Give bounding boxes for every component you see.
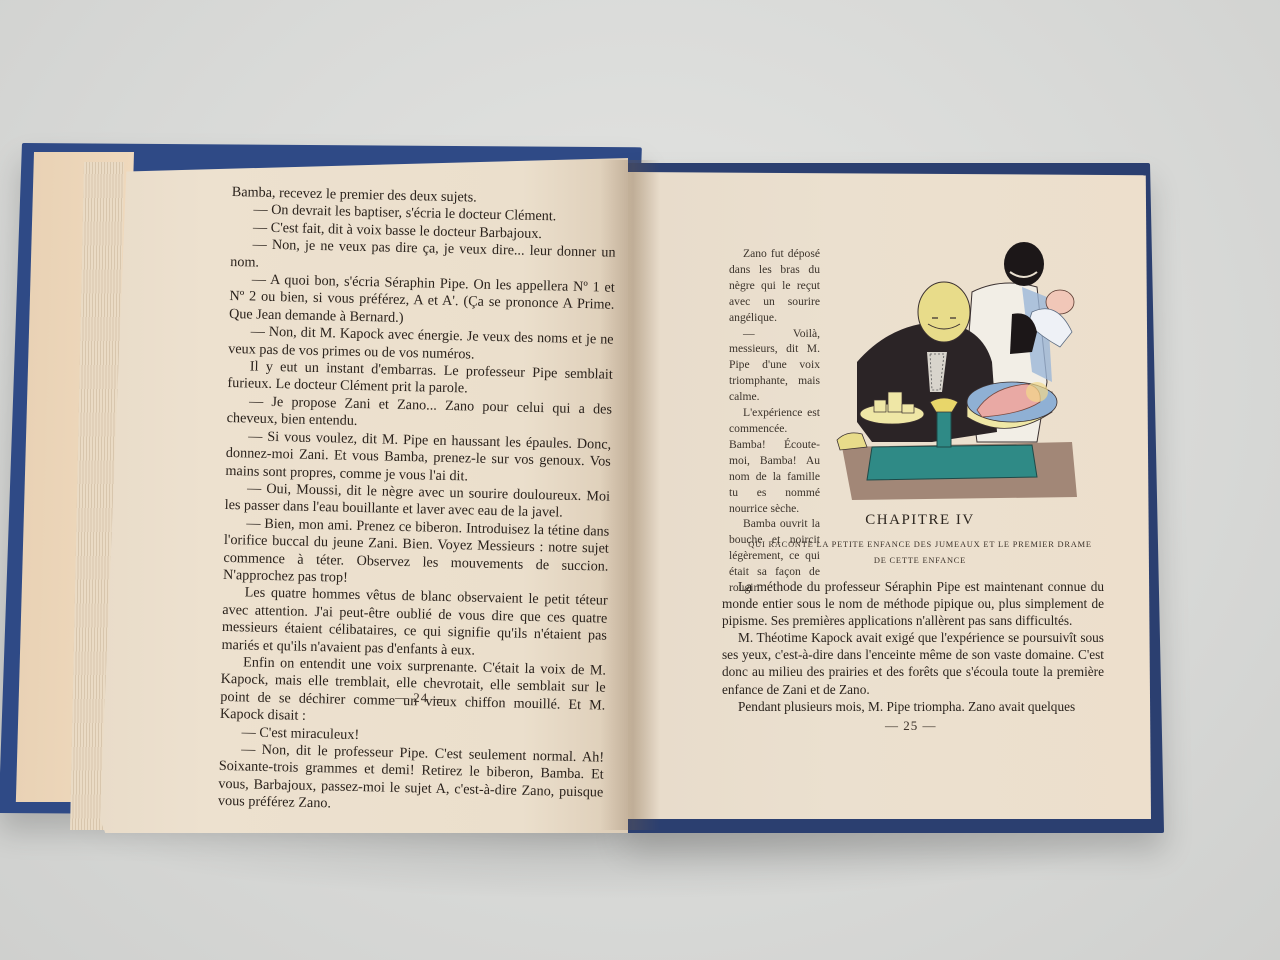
page-number-left: — 24 — (395, 689, 447, 706)
right-page-body: La méthode du professeur Séraphin Pipe e… (722, 578, 1104, 715)
chapter-subtitle-line: QUI RACONTE LA PETITE ENFANCE DES JUMEAU… (720, 537, 1120, 553)
left-page-body: Bamba, recevez le premier des deux sujet… (218, 184, 617, 819)
paragraph: — Si vous voulez, dit M. Pipe en haussan… (225, 428, 611, 489)
paragraph: — A quoi bon, s'écria Séraphin Pipe. On … (229, 271, 615, 332)
book-shadow (60, 830, 1160, 900)
paragraph: L'expérience est commencée. Bamba! Écout… (729, 405, 820, 516)
paragraph: Zano fut déposé dans les bras du nègre q… (729, 246, 820, 326)
paragraph: — Bien, mon ami. Prenez ce biberon. Intr… (223, 515, 609, 593)
paragraph: Les quatre hommes vêtus de blanc observa… (221, 584, 607, 662)
chapter-title: CHAPITRE IV (720, 512, 1120, 529)
paragraph: — Non, dit le professeur Pipe. C'est seu… (218, 741, 604, 819)
chapter-subtitle: QUI RACONTE LA PETITE ENFANCE DES JUMEAU… (720, 537, 1120, 569)
paragraph: — Voilà, messieurs, dit M. Pipe d'une vo… (729, 326, 820, 406)
paragraph: M. Théotime Kapock avait exigé que l'exp… (722, 629, 1104, 697)
chapter-subtitle-line: DE CETTE ENFANCE (720, 553, 1120, 569)
page-number-right: — 25 — (885, 718, 937, 734)
photo-scene: Bamba, recevez le premier des deux sujet… (0, 0, 1280, 960)
paragraph: La méthode du professeur Séraphin Pipe e… (722, 578, 1104, 629)
paragraph: Pendant plusieurs mois, M. Pipe triompha… (722, 698, 1104, 715)
illustration-professor-weighing-baby (832, 242, 1082, 502)
